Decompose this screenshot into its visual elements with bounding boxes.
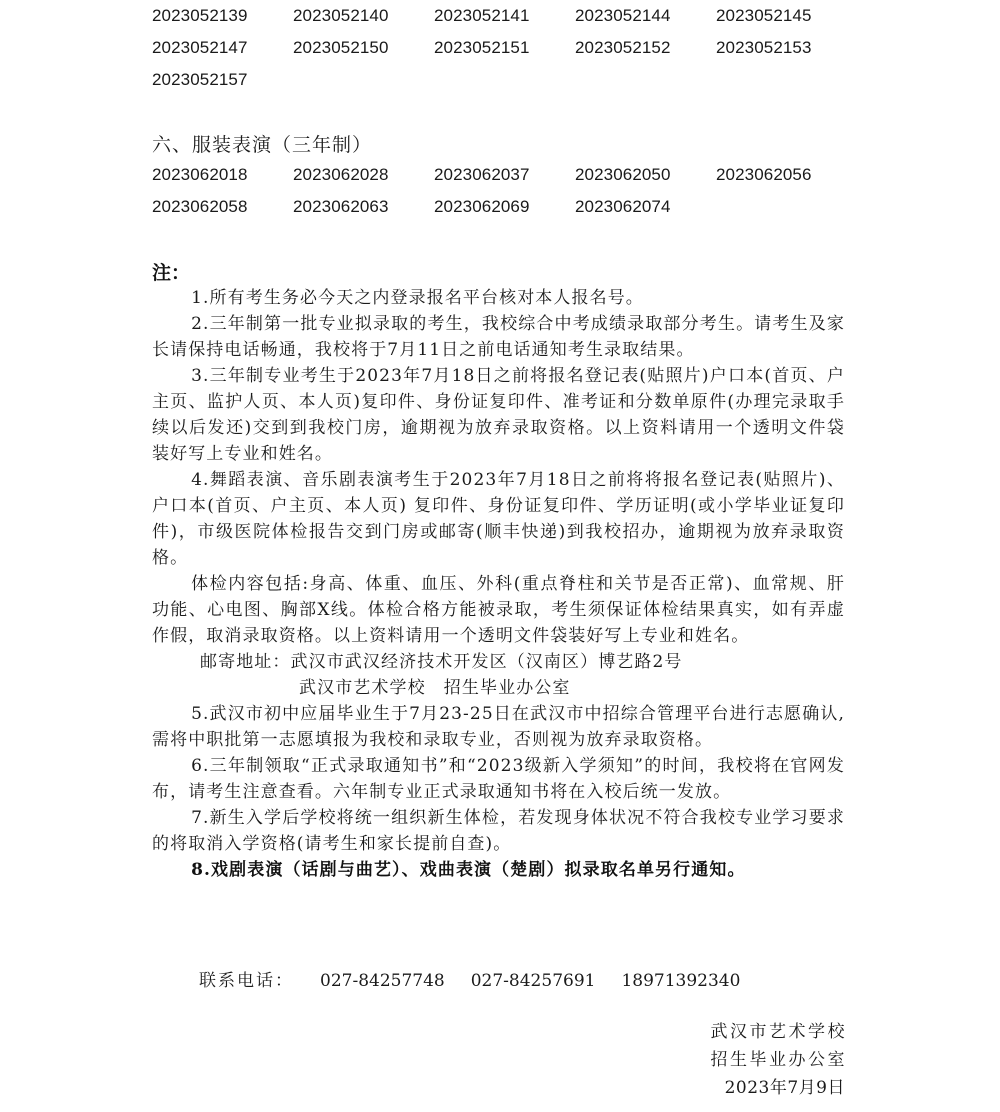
applicant-id: 2023052151 xyxy=(434,38,530,58)
signature-date: 2023年7月9日 xyxy=(711,1074,848,1102)
admission-notice-page: 2023052139 2023052140 2023052141 2023052… xyxy=(0,0,1000,1112)
note-item-3: 3.三年制专业考生于2023年7月18日之前将报名登记表(贴照片)户口本(首页、… xyxy=(152,363,845,467)
note-item-1: 1.所有考生务必今天之内登录报名平台核对本人报名号。 xyxy=(152,285,845,311)
applicant-id: 2023062028 xyxy=(293,165,389,185)
phone-number: 027-84257748 xyxy=(320,971,445,991)
applicant-id: 2023052150 xyxy=(293,38,389,58)
applicant-id: 2023052139 xyxy=(152,6,248,26)
applicant-id: 2023062058 xyxy=(152,197,248,217)
applicant-id: 2023052147 xyxy=(152,38,248,58)
note-item-5: 5.武汉市初中应届毕业生于7月23-25日在武汉市中招综合管理平台进行志愿确认,… xyxy=(152,701,845,753)
applicant-id: 2023062063 xyxy=(293,197,389,217)
note-item-6: 6.三年制领取“正式录取通知书”和“2023级新入学须知”的时间，我校将在官网发… xyxy=(152,753,845,805)
notes-heading: 注： xyxy=(152,258,190,285)
note-item-7: 7.新生入学后学校将统一组织新生体检，若发现身体状况不符合我校专业学习要求的将取… xyxy=(152,805,845,857)
contact-phones: 联系电话：027-84257748027-8425769118971392340 xyxy=(199,966,740,991)
phone-number: 18971392340 xyxy=(621,971,740,991)
applicant-id: 2023062037 xyxy=(434,165,530,185)
applicant-id: 2023052140 xyxy=(293,6,389,26)
note-item-2: 2.三年制第一批专业拟录取的考生，我校综合中考成绩录取部分考生。请考生及家长请保… xyxy=(152,311,845,363)
signature-office: 招生毕业办公室 xyxy=(711,1046,848,1074)
applicant-id: 2023062074 xyxy=(575,197,671,217)
note-item-8: 8.戏剧表演（话剧与曲艺）、戏曲表演（楚剧）拟录取名单另行通知。 xyxy=(152,857,845,883)
applicant-id: 2023062056 xyxy=(716,165,812,185)
applicant-id: 2023062018 xyxy=(152,165,248,185)
applicant-id: 2023062069 xyxy=(434,197,530,217)
section-title-fashion-performance: 六、服装表演（三年制） xyxy=(152,130,372,157)
applicant-id: 2023052145 xyxy=(716,6,812,26)
applicant-id: 2023052152 xyxy=(575,38,671,58)
applicant-id: 2023062050 xyxy=(575,165,671,185)
note-item-4: 4.舞蹈表演、音乐剧表演考生于2023年7月18日之前将将报名登记表(贴照片)、… xyxy=(152,467,845,571)
notes-body: 1.所有考生务必今天之内登录报名平台核对本人报名号。 2.三年制第一批专业拟录取… xyxy=(152,285,845,883)
mailing-address: 邮寄地址：武汉市武汉经济技术开发区（汉南区）博艺路2号 xyxy=(152,649,845,675)
contact-label: 联系电话： xyxy=(199,971,294,991)
applicant-id: 2023052157 xyxy=(152,70,248,90)
applicant-id: 2023052153 xyxy=(716,38,812,58)
mailing-recipient: 武汉市艺术学校 招生毕业办公室 xyxy=(152,675,845,701)
phone-number: 027-84257691 xyxy=(471,971,596,991)
applicant-id: 2023052144 xyxy=(575,6,671,26)
applicant-id: 2023052141 xyxy=(434,6,530,26)
signature-school: 武汉市艺术学校 xyxy=(711,1018,848,1046)
signature-block: 武汉市艺术学校 招生毕业办公室 2023年7月9日 xyxy=(711,1018,848,1102)
note-item-4-physical-exam: 体检内容包括:身高、体重、血压、外科(重点脊柱和关节是否正常)、血常规、肝功能、… xyxy=(152,571,845,649)
